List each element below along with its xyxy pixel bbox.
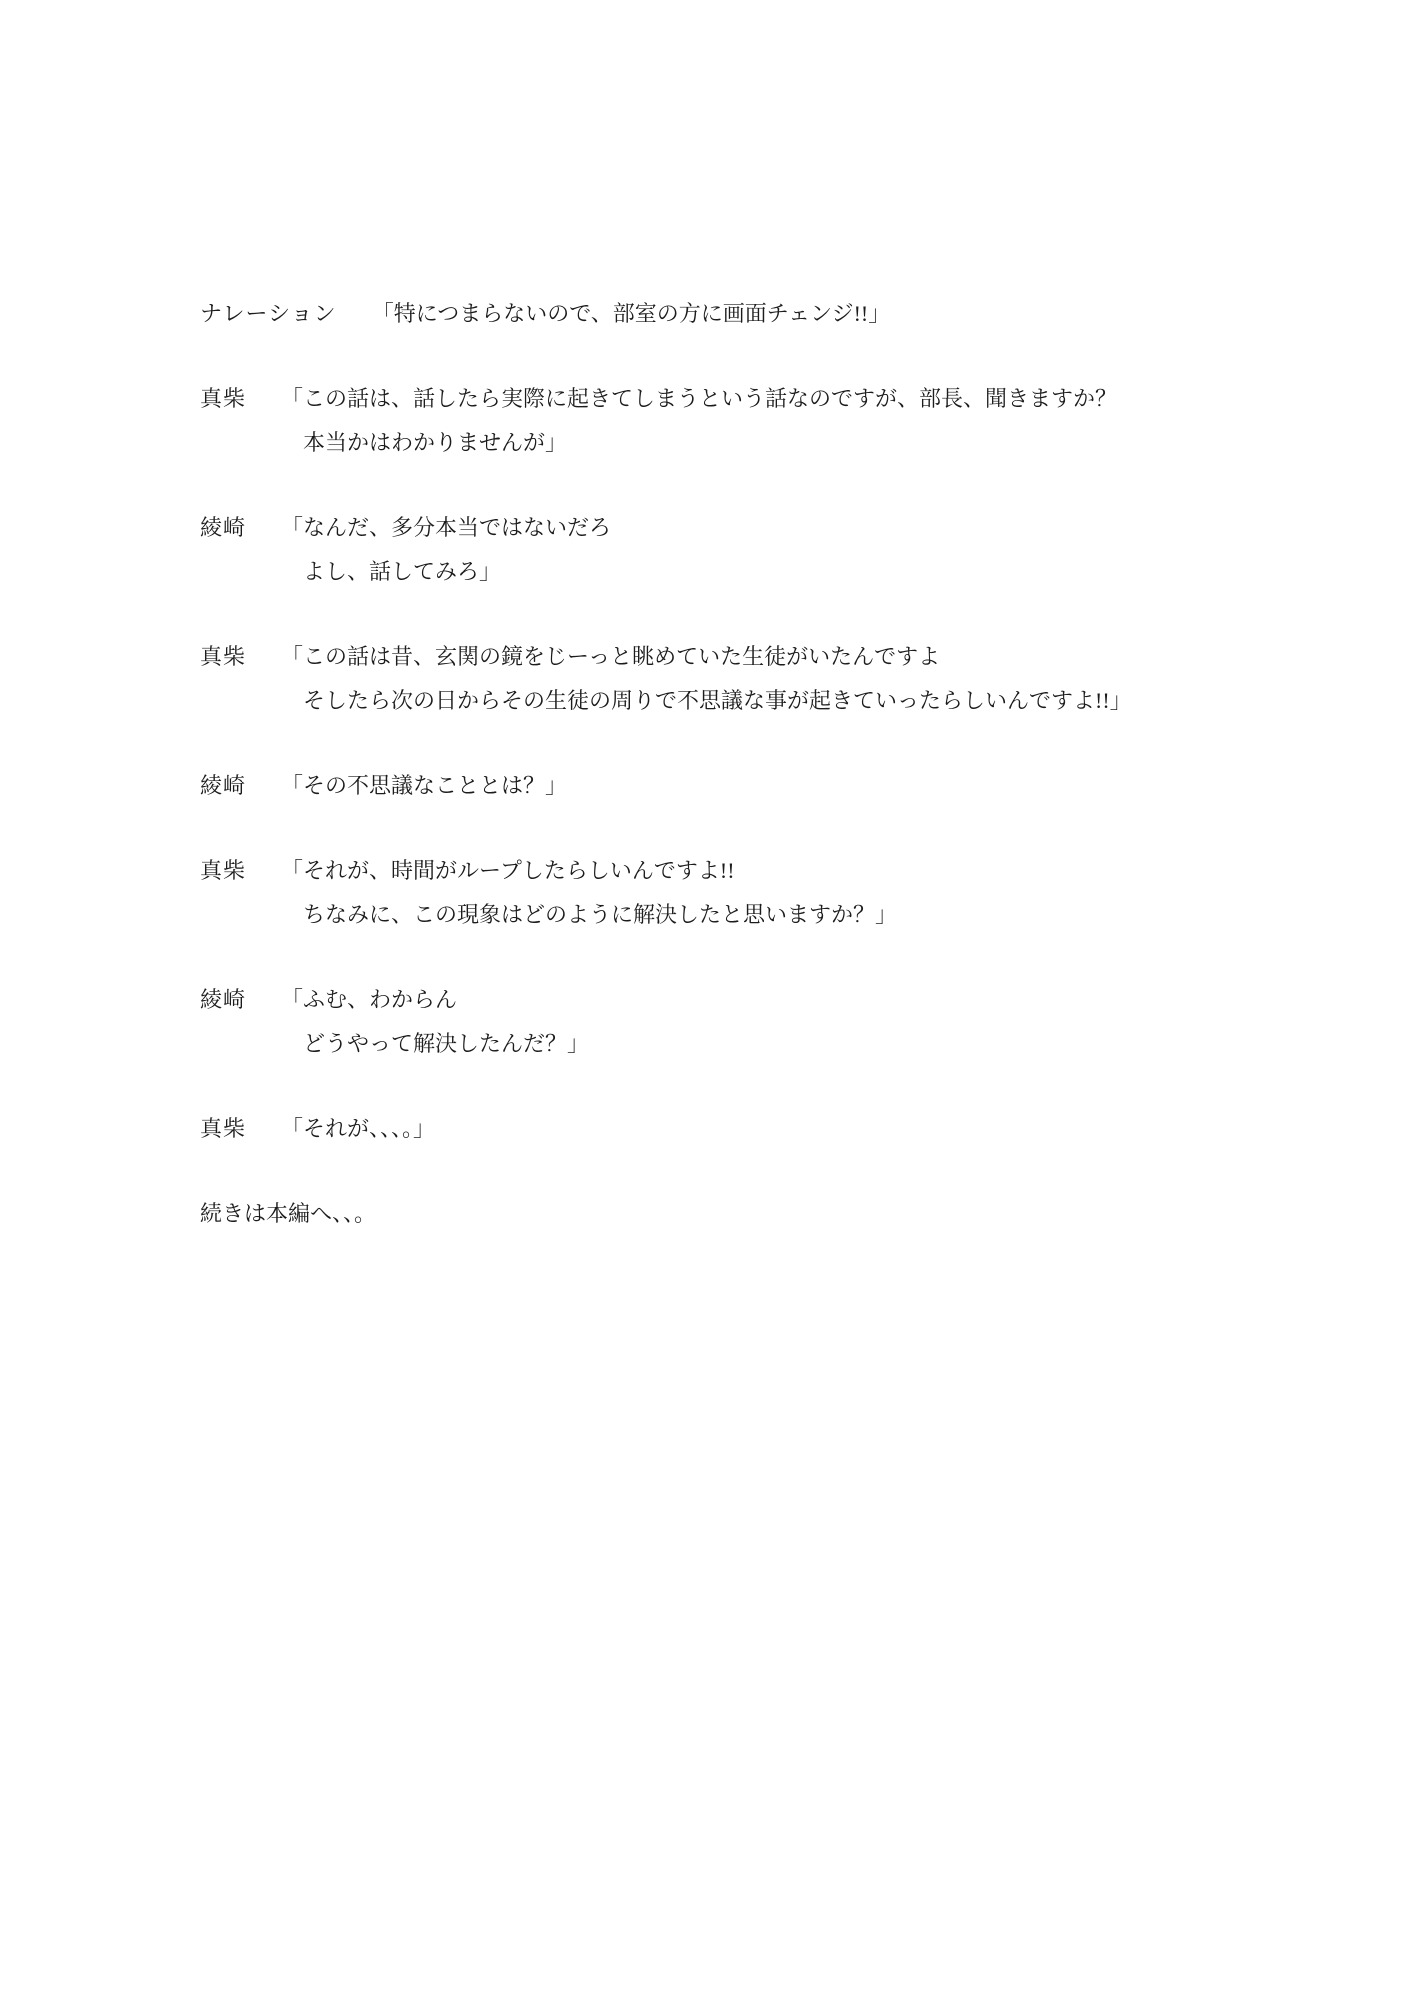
dialogue-line: 綾崎「その不思議なこととは？」 (200, 764, 1294, 808)
dialogue-entry-ayazaki-2: 綾崎「その不思議なこととは？」 (200, 764, 1294, 808)
dialogue-text: 「その不思議なこととは？」 (281, 773, 567, 798)
dialogue-line: 真柴「この話は、話したら実際に起きてしまうという話なのですが、部長、聞きますか？ (200, 377, 1294, 421)
dialogue-line: 綾崎「ふむ、わからん (200, 978, 1294, 1022)
dialogue-line: 真柴「それが、時間がループしたらしいんですよ!! (200, 849, 1294, 893)
dialogue-line-continuation: 本当かはわかりませんが」 (200, 421, 1294, 465)
dialogue-text: 「特につまらないので、部室の方に画面チェンジ!!」 (372, 301, 891, 326)
speaker-name: 真柴 (200, 849, 246, 893)
dialogue-text: 「なんだ、多分本当ではないだろ (281, 515, 611, 540)
dialogue-line-continuation: どうやって解決したんだ？」 (200, 1022, 1294, 1066)
dialogue-line: 真柴「それが、、、。」 (200, 1107, 1294, 1151)
dialogue-text: 「それが、時間がループしたらしいんですよ!! (281, 858, 735, 883)
continuation-note: 続きは本編へ、、。 (200, 1192, 1294, 1236)
speaker-name: ナレーション (200, 292, 337, 336)
dialogue-text: ちなみに、この現象はどのように解決したと思いますか？」 (303, 902, 897, 927)
speaker-name: 真柴 (200, 377, 246, 421)
dialogue-line: 真柴「この話は昔、玄関の鏡をじーっと眺めていた生徒がいたんですよ (200, 635, 1294, 679)
dialogue-line-continuation: よし、話してみろ」 (200, 550, 1294, 594)
dialogue-text: 「それが、、、。」 (281, 1116, 435, 1141)
dialogue-entry-mashiba-1: 真柴「この話は、話したら実際に起きてしまうという話なのですが、部長、聞きますか？… (200, 377, 1294, 465)
dialogue-text: 本当かはわかりませんが」 (303, 430, 567, 455)
dialogue-entry-mashiba-3: 真柴「それが、時間がループしたらしいんですよ!! ちなみに、この現象はどのように… (200, 849, 1294, 937)
script-page: ナレーション「特につまらないので、部室の方に画面チェンジ!!」 真柴「この話は、… (0, 0, 1414, 2000)
speaker-name: 綾崎 (200, 978, 246, 1022)
dialogue-entry-mashiba-2: 真柴「この話は昔、玄関の鏡をじーっと眺めていた生徒がいたんですよ そしたら次の日… (200, 635, 1294, 723)
dialogue-text: 「この話は昔、玄関の鏡をじーっと眺めていた生徒がいたんですよ (281, 644, 940, 669)
dialogue-line-continuation: ちなみに、この現象はどのように解決したと思いますか？」 (200, 893, 1294, 937)
dialogue-line: 綾崎「なんだ、多分本当ではないだろ (200, 506, 1294, 550)
dialogue-text: 「ふむ、わからん (281, 987, 457, 1012)
speaker-name: 真柴 (200, 635, 246, 679)
dialogue-text: 「この話は、話したら実際に起きてしまうという話なのですが、部長、聞きますか？ (281, 386, 1117, 411)
dialogue-text: どうやって解決したんだ？」 (303, 1031, 589, 1056)
dialogue-entry-mashiba-4: 真柴「それが、、、。」 (200, 1107, 1294, 1151)
speaker-name: 綾崎 (200, 506, 246, 550)
dialogue-line-continuation: そしたら次の日からその生徒の周りで不思議な事が起きていったらしいんですよ!!」 (200, 679, 1294, 723)
dialogue-entry-ayazaki-1: 綾崎「なんだ、多分本当ではないだろ よし、話してみろ」 (200, 506, 1294, 594)
dialogue-text: そしたら次の日からその生徒の周りで不思議な事が起きていったらしいんですよ!!」 (303, 688, 1132, 713)
dialogue-line: ナレーション「特につまらないので、部室の方に画面チェンジ!!」 (200, 292, 1294, 336)
dialogue-entry-ayazaki-3: 綾崎「ふむ、わからん どうやって解決したんだ？」 (200, 978, 1294, 1066)
dialogue-text: よし、話してみろ」 (303, 559, 501, 584)
speaker-name: 綾崎 (200, 764, 246, 808)
speaker-name: 真柴 (200, 1107, 246, 1151)
dialogue-entry-narration: ナレーション「特につまらないので、部室の方に画面チェンジ!!」 (200, 292, 1294, 336)
